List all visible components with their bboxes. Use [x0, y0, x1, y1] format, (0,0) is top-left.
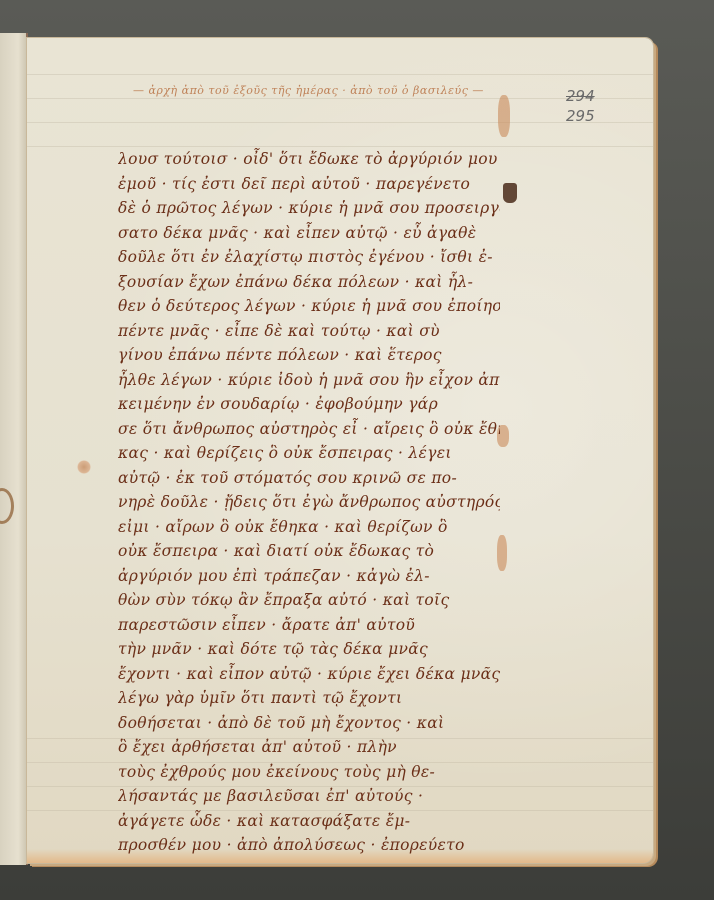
text-line: δοῦλε ὅτι ἐν ἐλαχίστῳ πιστὸς ἐγένου · ἴσ…	[118, 245, 500, 270]
text-line: θεν ὁ δεύτερος λέγων · κύριε ἡ μνᾶ σου ἐ…	[118, 294, 500, 319]
text-line: δοθήσεται · ἀπὸ δὲ τοῦ μὴ ἔχοντος · καὶ	[118, 711, 500, 736]
header-rubric: — ἀρχὴ ἀπὸ τοῦ ἐξοῦς τῆς ἡμέρας · ἀπὸ το…	[133, 84, 498, 97]
text-line: τὴν μνᾶν · καὶ δότε τῷ τὰς δέκα μνᾶς	[118, 637, 500, 662]
stain-spot	[77, 460, 91, 474]
margin-stain	[498, 95, 510, 137]
text-line: νηρὲ δοῦλε · ᾔδεις ὅτι ἐγὼ ἄνθρωπος αὐστ…	[118, 490, 500, 515]
text-line: θὼν σὺν τόκῳ ἂν ἔπραξα αὐτό · καὶ τοῖς	[118, 588, 500, 613]
text-line: λήσαντάς με βασιλεῦσαι ἐπ' αὐτούς ·	[118, 784, 500, 809]
text-line: κας · καὶ θερίζεις ὃ οὐκ ἔσπειρας · λέγε…	[118, 441, 500, 466]
text-line: προσθέν μου · ἀπὸ ἀπολύσεως · ἐπορεύετο	[118, 833, 500, 858]
folio-current: 295	[566, 106, 595, 126]
text-line: οὐκ ἔσπειρα · καὶ διατί οὐκ ἔδωκας τὸ	[118, 539, 500, 564]
text-line: σε ὅτι ἄνθρωπος αὐστηρὸς εἶ · αἴρεις ὃ ο…	[118, 417, 500, 442]
text-line: εἰμι · αἴρων ὃ οὐκ ἔθηκα · καὶ θερίζων ὃ	[118, 515, 500, 540]
text-line: κειμένην ἐν σουδαρίῳ · ἐφοβούμην γάρ	[118, 392, 500, 417]
text-line: ὃ ἔχει ἀρθήσεται ἀπ' αὐτοῦ · πλὴν	[118, 735, 500, 760]
text-line: ἀργύριόν μου ἐπὶ τράπεζαν · κἀγὼ ἐλ-	[118, 564, 500, 589]
text-line: σατο δέκα μνᾶς · καὶ εἶπεν αὐτῷ · εὖ ἀγα…	[118, 221, 500, 246]
text-line: δὲ ὁ πρῶτος λέγων · κύριε ἡ μνᾶ σου προσ…	[118, 196, 500, 221]
text-line: γίνου ἐπάνω πέντε πόλεων · καὶ ἕτερος	[118, 343, 500, 368]
text-line: ἀγάγετε ὧδε · καὶ κατασφάξατε ἔμ-	[118, 809, 500, 834]
manuscript-text: λουσ τούτοισ · οἶδ' ὅτι ἔδωκε τὸ ἀργύριό…	[118, 147, 500, 858]
text-line: τοὺς ἐχθρούς μου ἐκείνους τοὺς μὴ θε-	[118, 760, 500, 785]
text-line: λέγω γὰρ ὑμῖν ὅτι παντὶ τῷ ἔχοντι	[118, 686, 500, 711]
margin-dark-mark	[503, 183, 517, 203]
text-line: ξουσίαν ἔχων ἐπάνω δέκα πόλεων · καὶ ἦλ-	[118, 270, 500, 295]
folio-struck: 294	[566, 86, 595, 106]
previous-page-edge	[0, 33, 28, 865]
text-line: λουσ τούτοισ · οἶδ' ὅτι ἔδωκε τὸ ἀργύριό…	[118, 147, 500, 172]
text-line: ἐμοῦ · τίς ἐστι δεῖ περὶ αὐτοῦ · παρεγέν…	[118, 172, 500, 197]
folio-number: 294 295	[566, 86, 595, 126]
text-line: ἔχοντι · καὶ εἶπον αὐτῷ · κύριε ἔχει δέκ…	[118, 662, 500, 687]
text-line: παρεστῶσιν εἶπεν · ἄρατε ἀπ' αὐτοῦ	[118, 613, 500, 638]
text-line: αὐτῷ · ἐκ τοῦ στόματός σου κρινῶ σε πο-	[118, 466, 500, 491]
text-line: ἦλθε λέγων · κύριε ἰδοὺ ἡ μνᾶ σου ἣν εἶχ…	[118, 368, 500, 393]
stain-mark	[0, 488, 14, 524]
text-line: πέντε μνᾶς · εἶπε δὲ καὶ τούτῳ · καὶ σὺ	[118, 319, 500, 344]
